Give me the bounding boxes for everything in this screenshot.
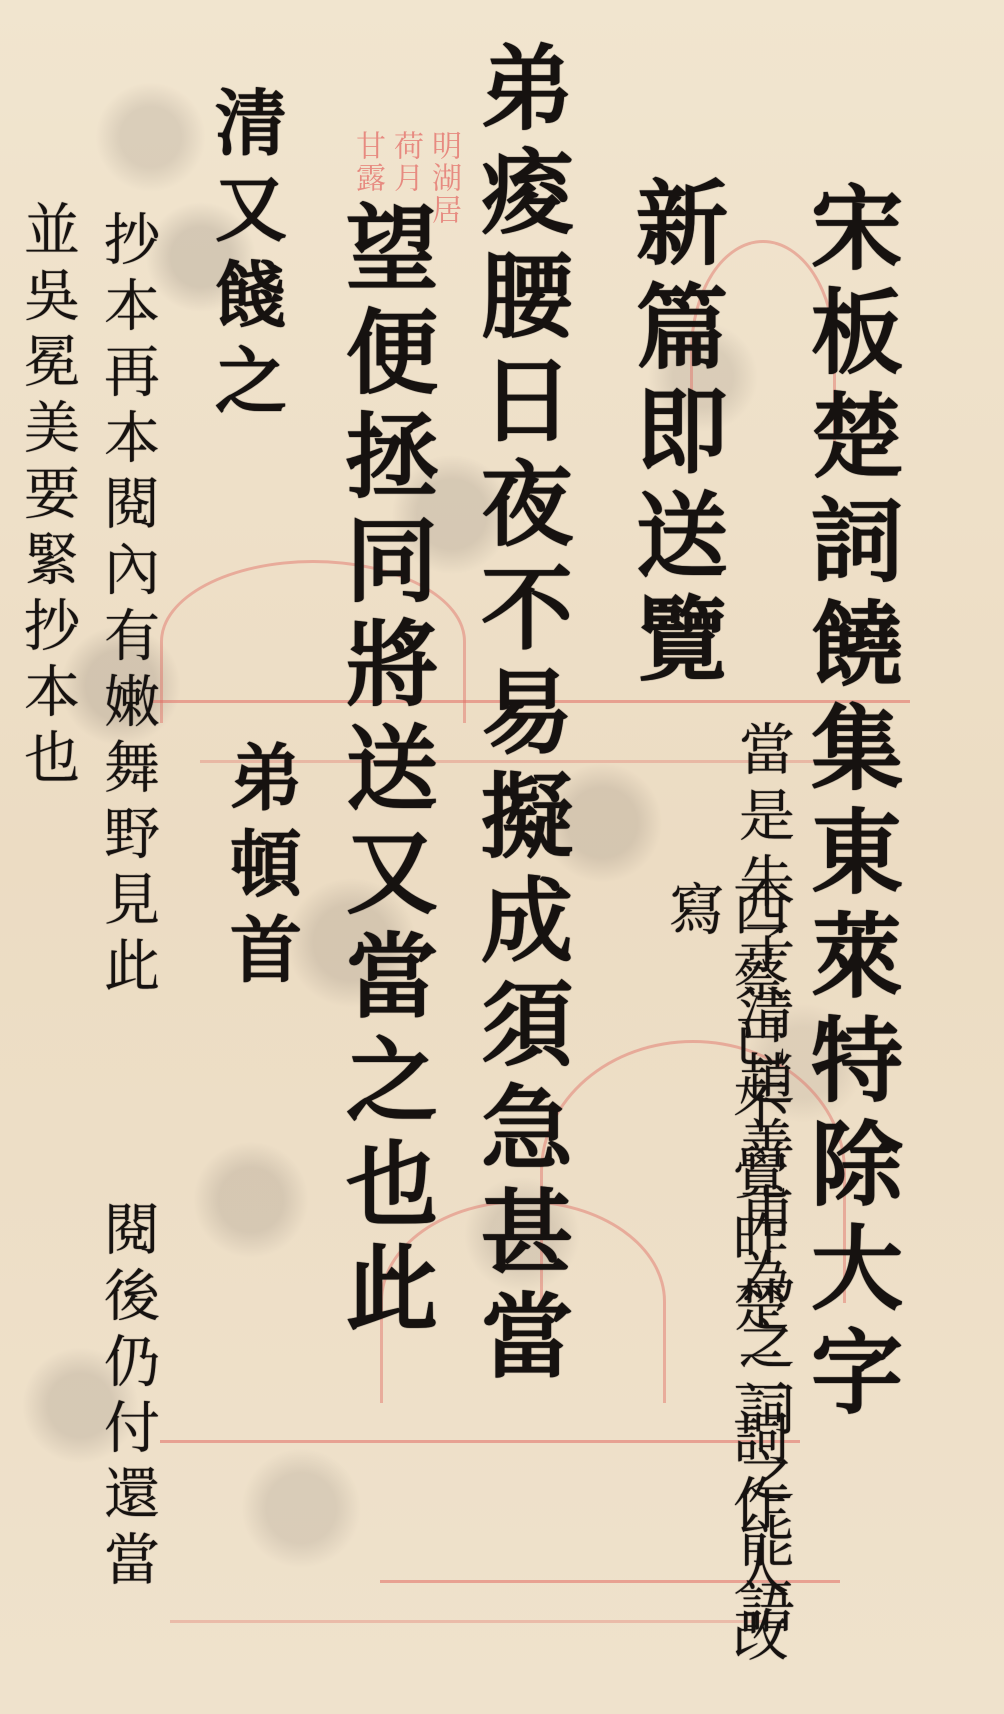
column-6: 抄本再本閱內有嫩舞野見此 — [95, 210, 159, 1002]
column-2-note: 西蔡已不覺昨楚二詞作人改寫 — [660, 880, 788, 1714]
column-3: 弟痠腰日夜不易擬成須急甚當 — [470, 40, 570, 1392]
column-6-note: 閱後仍付還當 — [95, 1200, 159, 1596]
column-5: 清又餞之 — [205, 85, 285, 429]
signature: 弟頓首 — [220, 740, 300, 998]
column-2: 新篇即送覽 — [625, 175, 725, 695]
column-7: 並吳冕美要緊抄本也 — [15, 200, 79, 794]
column-4: 望便拯同將送又當之也此 — [335, 200, 435, 1344]
column-1: 宋板楚詞饒集東萊特除大字 — [800, 180, 900, 1428]
letter-paper: 明湖居 荷月 甘露 宋板楚詞饒集東萊特除大字 當是朱子清趙善甫為之詞之能語 新篇… — [0, 0, 1004, 1714]
